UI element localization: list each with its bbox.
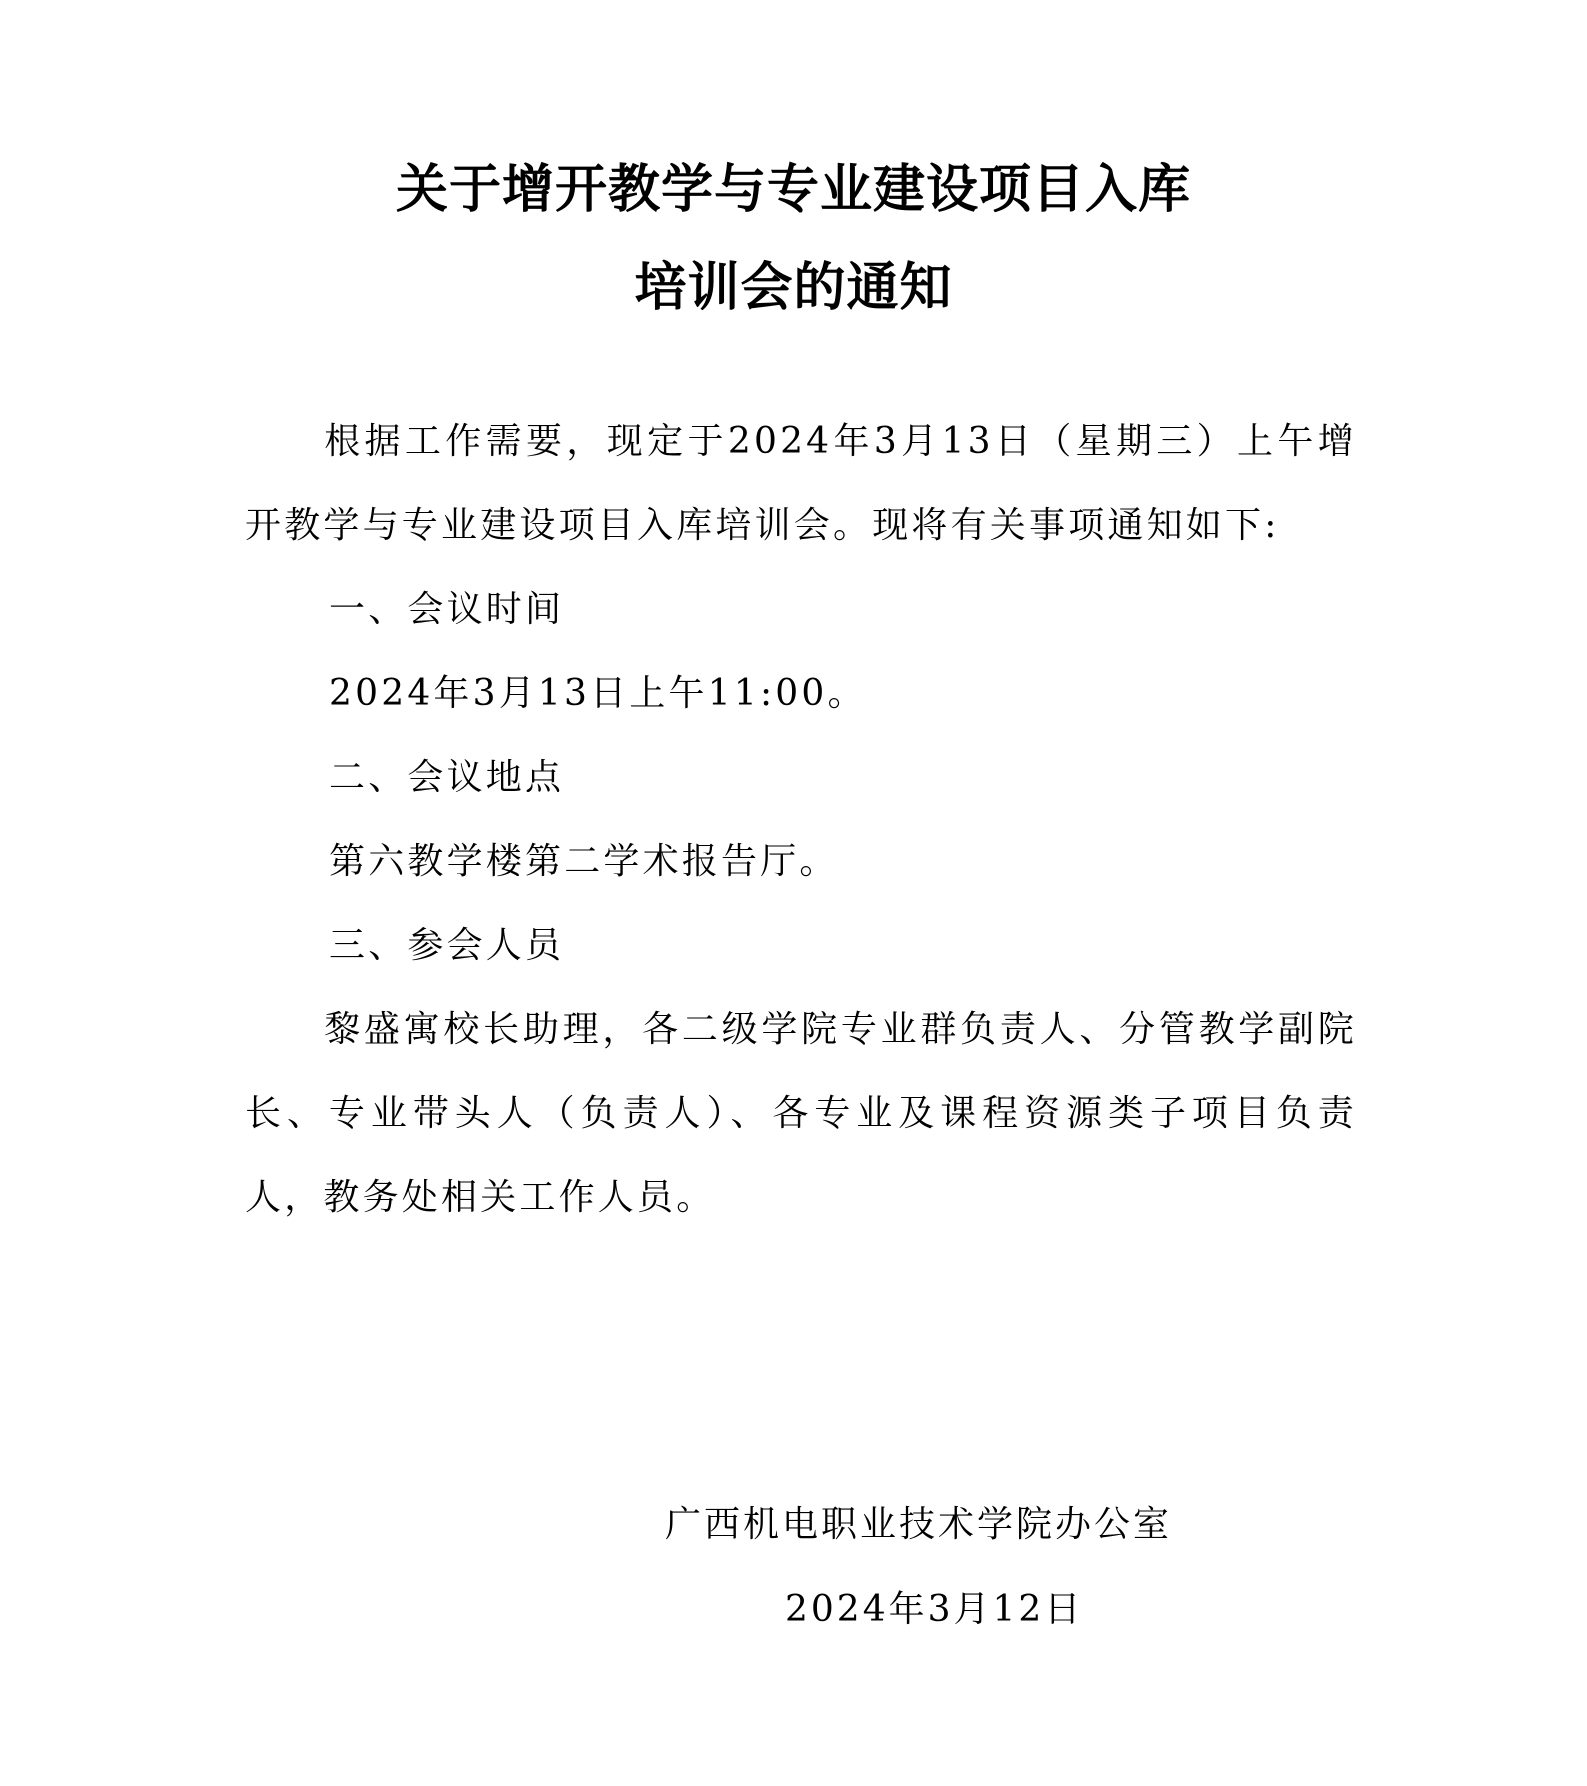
- signature-date: 2024年3月12日: [785, 1580, 1083, 1640]
- document-page: 关于增开教学与专业建设项目入库 培训会的通知 根据工作需要，现定于2024年3月…: [0, 0, 1587, 1786]
- document-title-line-2: 培训会的通知: [0, 258, 1587, 318]
- document-title-line-1: 关于增开教学与专业建设项目入库: [0, 160, 1587, 220]
- document-body: 根据工作需要，现定于2024年3月13日（星期三）上午增开教学与专业建设项目入库…: [245, 400, 1357, 1240]
- section-content-time: 2024年3月13日上午11:00。: [245, 652, 1357, 736]
- section-content-attendees: 黎盛寓校长助理，各二级学院专业群负责人、分管教学副院长、专业带头人（负责人）、各…: [245, 988, 1357, 1240]
- intro-paragraph: 根据工作需要，现定于2024年3月13日（星期三）上午增开教学与专业建设项目入库…: [245, 400, 1357, 568]
- section-heading-location: 二、会议地点: [245, 736, 1357, 820]
- section-heading-attendees: 三、参会人员: [245, 904, 1357, 988]
- section-heading-time: 一、会议时间: [245, 568, 1357, 652]
- signature-organization: 广西机电职业技术学院办公室: [665, 1495, 1172, 1555]
- section-content-location: 第六教学楼第二学术报告厅。: [245, 820, 1357, 904]
